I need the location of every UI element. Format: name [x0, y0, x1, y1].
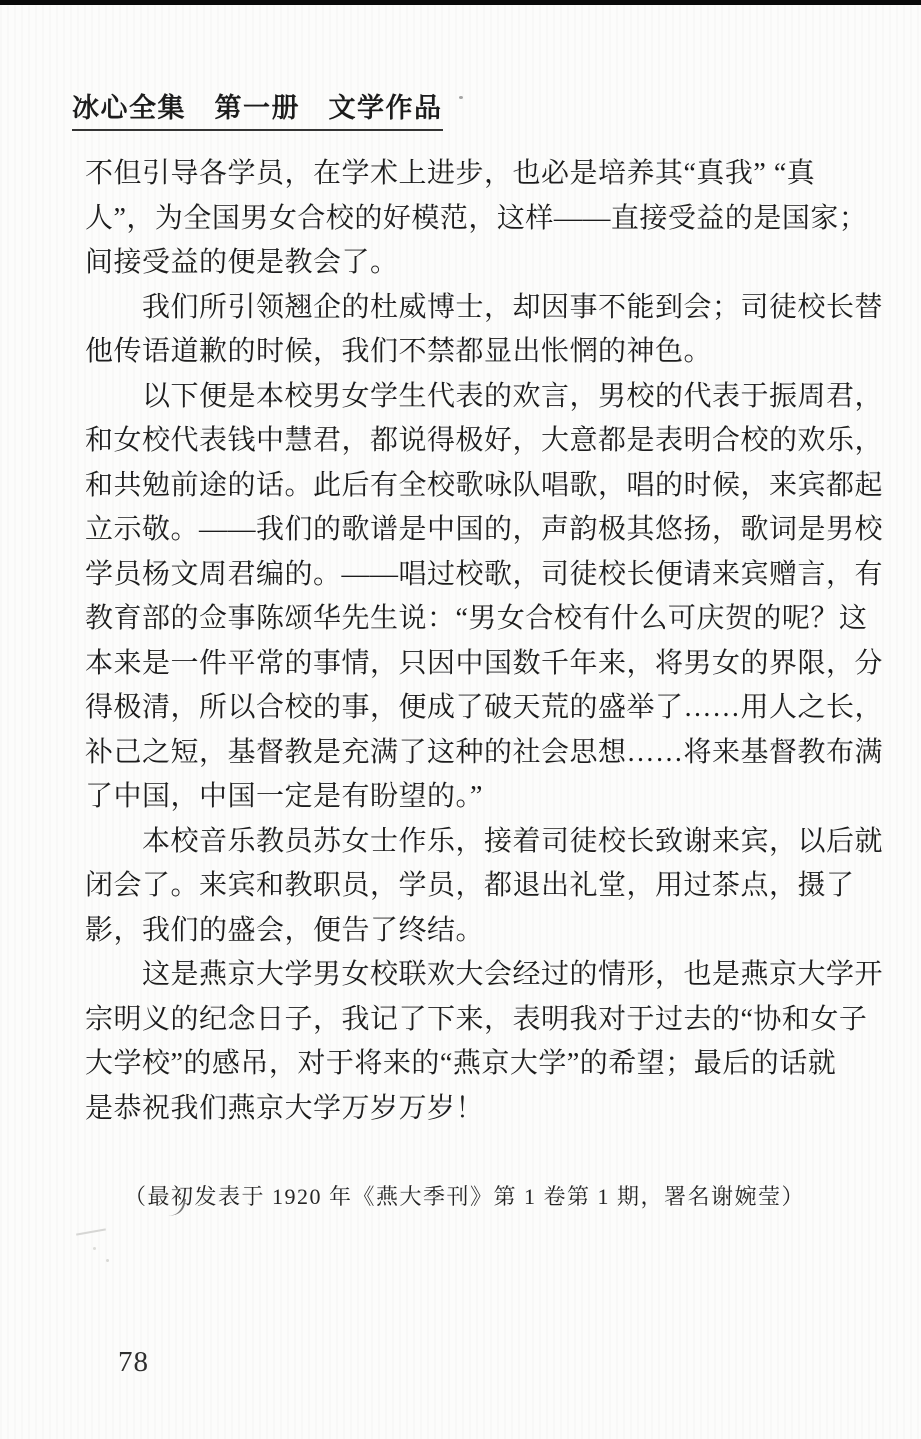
scan-edge-top [0, 0, 921, 5]
text-line: 宗明义的纪念日子，我记了下来，表明我对于过去的“协和女子 [85, 998, 871, 1043]
text-line: 影，我们的盛会，便告了终结。 [85, 909, 871, 954]
text-line: 补己之短，基督教是充满了这种的社会思想……将来基督教布满 [85, 731, 871, 776]
text-line: 间接受益的便是教会了。 [85, 241, 871, 286]
pencil-mark [168, 1196, 186, 1219]
text-line: 他传语道歉的时候，我们不禁都显出怅惘的神色。 [85, 330, 871, 375]
text-line: 和共勉前途的话。此后有全校歌咏队唱歌，唱的时候，来宾都起 [85, 464, 871, 509]
scan-smudge [76, 1228, 106, 1235]
text-line: 以下便是本校男女学生代表的欢言，男校的代表于振周君， [85, 375, 871, 420]
text-line: 了中国，中国一定是有盼望的。” [85, 775, 871, 820]
scanned-book-page: 冰心全集 第一册 文学作品 不但引导各学员，在学术上进步，也必是培养其“真我” … [0, 0, 921, 1439]
text-line: 闭会了。来宾和教职员，学员，都退出礼堂，用过茶点，摄了 [85, 864, 871, 909]
scan-smudge-dot [93, 1247, 96, 1250]
text-line: 学员杨文周君编的。——唱过校歌，司徒校长便请来宾赠言，有 [85, 553, 871, 598]
text-line: 人”，为全国男女合校的好模范，这样——直接受益的是国家； [85, 197, 871, 242]
text-line: 得极清，所以合校的事，便成了破天荒的盛举了……用人之长， [85, 686, 871, 731]
text-line: 和女校代表钱中慧君，都说得极好，大意都是表明合校的欢乐， [85, 419, 871, 464]
text-line: 这是燕京大学男女校联欢大会经过的情形，也是燕京大学开 [85, 953, 871, 998]
body-text: 不但引导各学员，在学术上进步，也必是培养其“真我” “真人”，为全国男女合校的好… [85, 152, 871, 1131]
text-line: 立示敬。——我们的歌谱是中国的，声韵极其悠扬，歌词是男校 [85, 508, 871, 553]
scan-speck [459, 96, 463, 99]
text-line: 大学校”的感吊，对于将来的“燕京大学”的希望；最后的话就 [85, 1042, 871, 1087]
text-line: 教育部的佥事陈颂华先生说：“男女合校有什么可庆贺的呢？这 [85, 597, 871, 642]
text-line: 是恭祝我们燕京大学万岁万岁！ [85, 1087, 871, 1132]
footnote: （最初发表于 1920 年《燕大季刊》第 1 卷第 1 期，署名谢婉莹） [124, 1180, 805, 1211]
text-line: 本校音乐教员苏女士作乐，接着司徒校长致谢来宾，以后就 [85, 820, 871, 865]
text-line: 本来是一件平常的事情，只因中国数千年来，将男女的界限，分 [85, 642, 871, 687]
text-line: 我们所引领翘企的杜威博士，却因事不能到会；司徒校长替 [85, 286, 871, 331]
scan-smudge-dot [106, 1259, 109, 1262]
page-number: 78 [118, 1346, 149, 1379]
running-header: 冰心全集 第一册 文学作品 [72, 86, 443, 131]
text-line: 不但引导各学员，在学术上进步，也必是培养其“真我” “真 [85, 152, 871, 197]
